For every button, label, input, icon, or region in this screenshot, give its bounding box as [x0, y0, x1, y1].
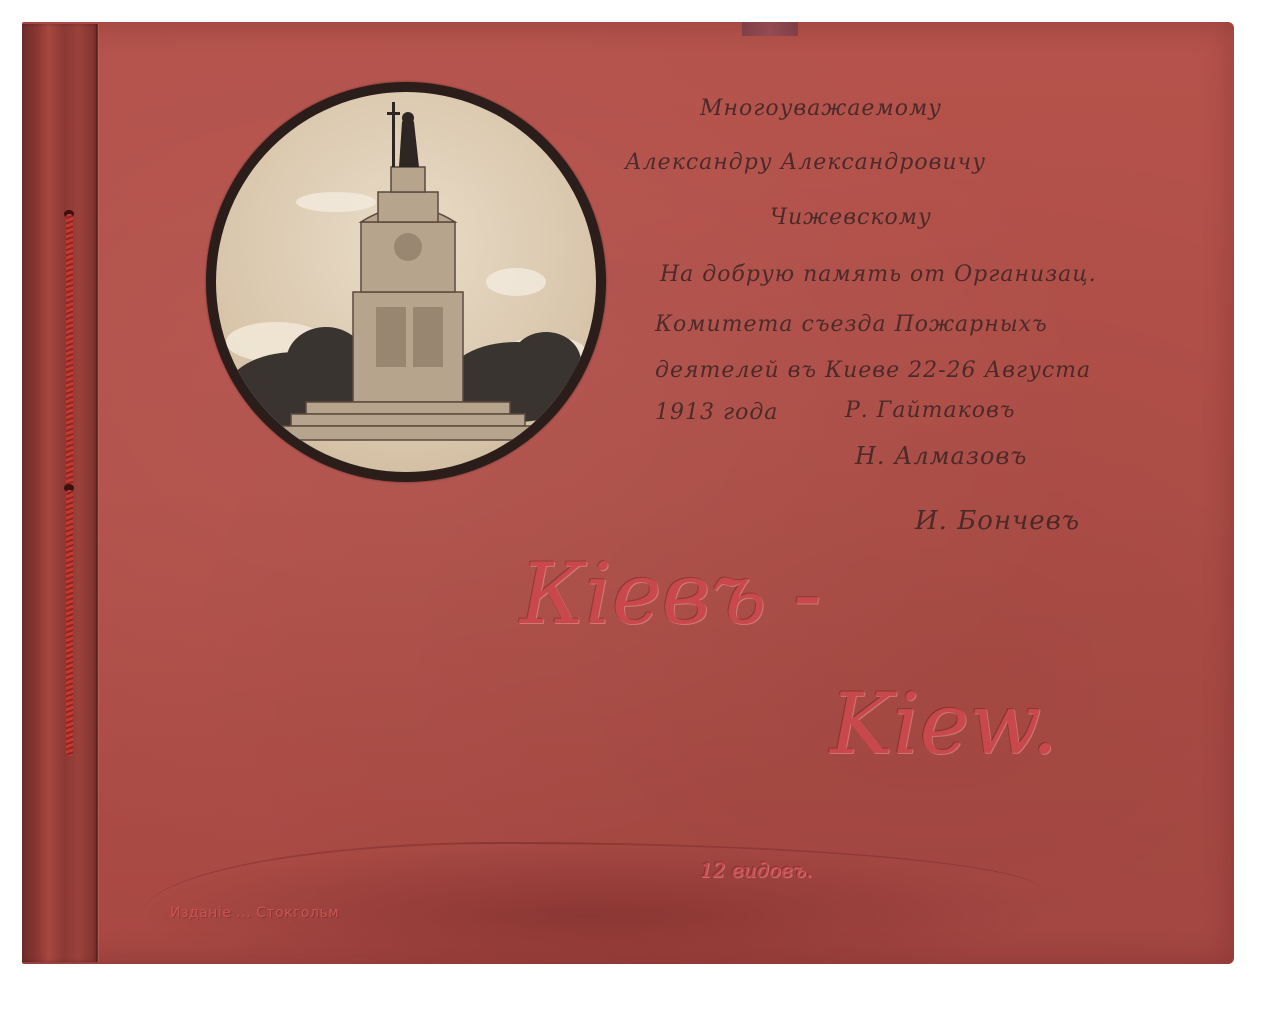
inscription-line-5: Комитета съезда Пожарныхъ [655, 312, 1048, 337]
binding-cord-upper [66, 214, 73, 486]
inscription-line-3: Чижевскому [770, 205, 932, 230]
album-spine [22, 24, 98, 962]
ribbon-tab [742, 22, 798, 36]
monument-illustration [216, 92, 596, 472]
title-cyrillic: Кіевъ - [520, 545, 822, 643]
inscription-line-1: Многоуважаемому [700, 96, 942, 121]
inscription-line-2: Александру Александровичу [625, 150, 986, 175]
views-count: 12 видовъ. [700, 858, 812, 882]
water-stain [142, 842, 1042, 964]
signature-2: Н. Алмазовъ [855, 442, 1027, 470]
spine-crease [96, 24, 99, 962]
binding-cord-lower [66, 490, 73, 756]
inscription-line-6: деятелей въ Киеве 22-26 Августа [655, 358, 1091, 383]
signature-3: И. Бончевъ [915, 506, 1080, 536]
publisher-imprint: Изданіе ... Стокгольм [170, 905, 339, 921]
title-latin: Kiew. [830, 675, 1058, 773]
monument-photo [216, 92, 596, 472]
inscription-line-4: На добрую память от Организац. [660, 262, 1097, 287]
photo-medallion [206, 82, 606, 482]
inscription-line-7: 1913 года [655, 400, 778, 425]
signature-1: Р. Гайтаковъ [845, 398, 1015, 423]
